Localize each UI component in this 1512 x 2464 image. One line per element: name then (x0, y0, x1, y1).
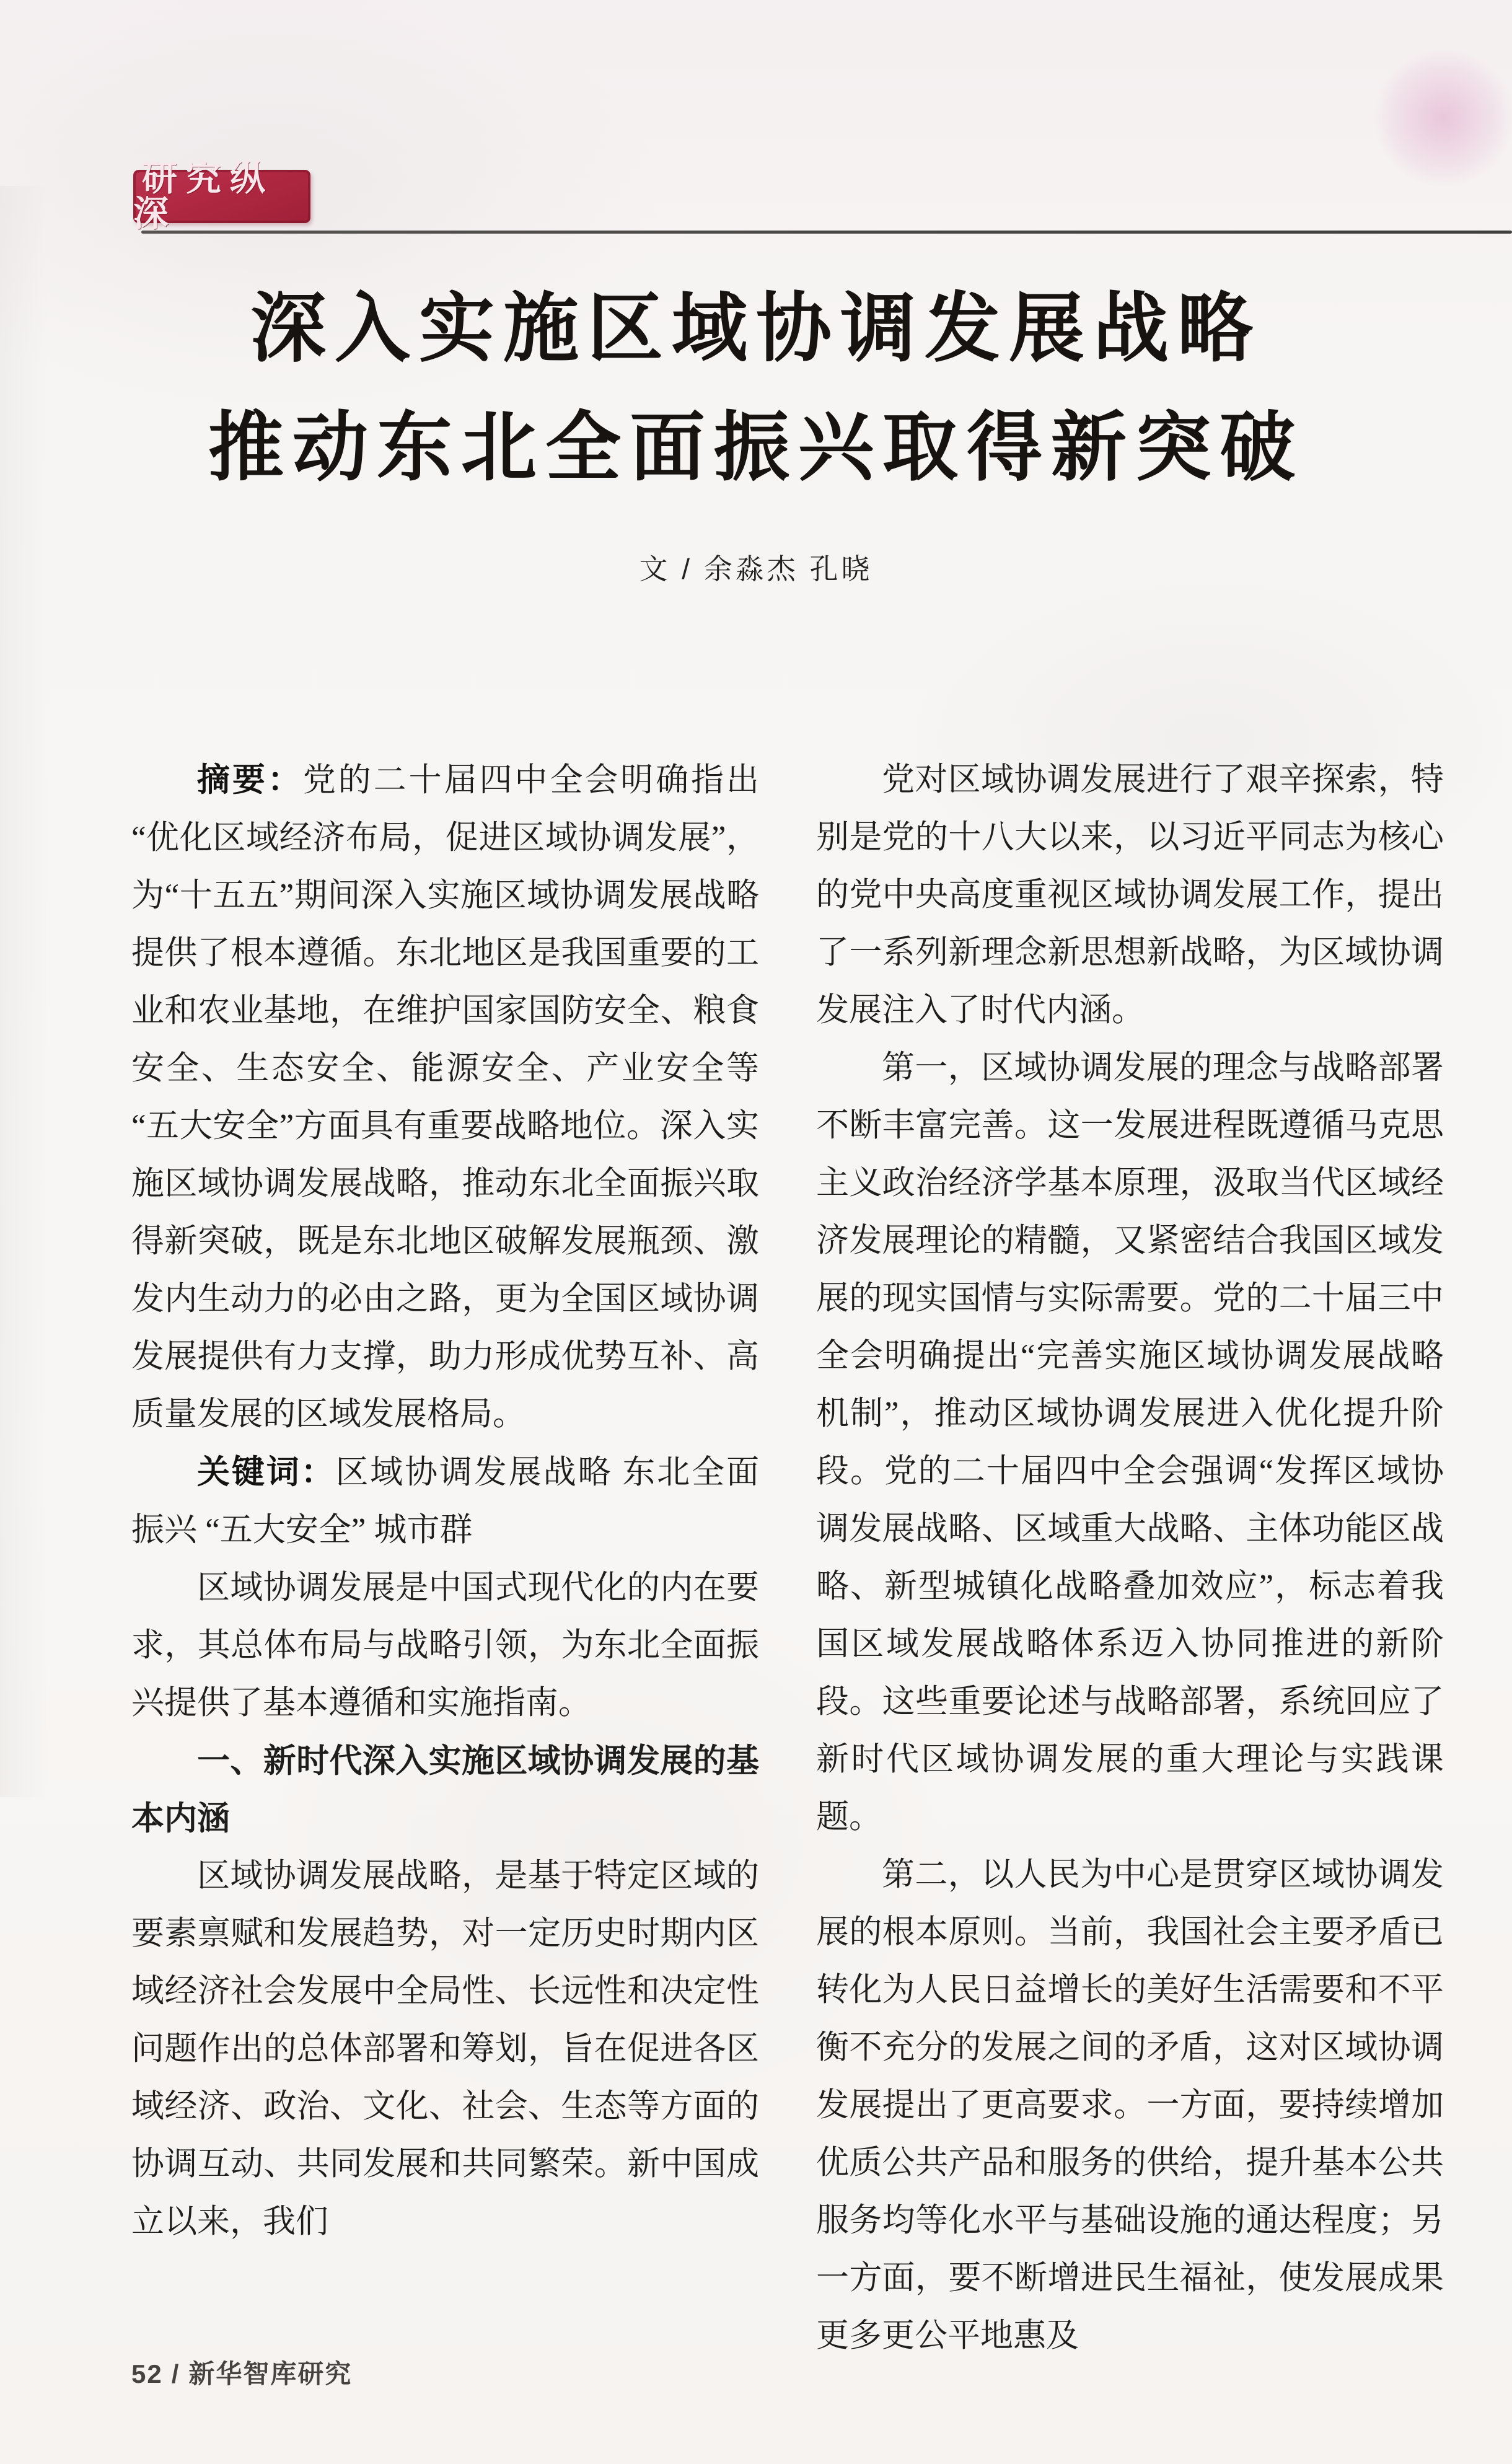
left-column: 摘要：党的二十届四中全会明确指出“优化区域经济布局，促进区域协调发展”，为“十五… (131, 751, 759, 2365)
article-title-line-1: 深入实施区域协调发展战略 (0, 270, 1512, 389)
byline: 文 / 余淼杰 孔晓 (0, 547, 1512, 587)
section-1-paragraph: 区域协调发展战略，是基于特定区域的要素禀赋和发展趋势，对一定历史时期内区域经济社… (131, 1847, 759, 2251)
page-number: 52 (131, 2359, 163, 2388)
keywords-paragraph: 关键词：区域协调发展战略 东北全面振兴 “五大安全” 城市群 (131, 1443, 759, 1559)
keywords-label: 关键词： (197, 1454, 335, 1490)
journal-name: 新华智库研究 (188, 2359, 352, 2388)
section-badge: 研究纵深 (133, 170, 310, 223)
scan-smudge-top-right (1351, 25, 1512, 211)
point-two-paragraph: 第二，以人民为中心是贯穿区域协调发展的根本原则。当前，我国社会主要矛盾已转化为人… (816, 1846, 1444, 2365)
article-title-line-2: 推动东北全面振兴取得新突破 (0, 389, 1512, 508)
article-body: 摘要：党的二十届四中全会明确指出“优化区域经济布局，促进区域协调发展”，为“十五… (131, 751, 1444, 2365)
intro-paragraph: 区域协调发展是中国式现代化的内在要求，其总体布局与战略引领，为东北全面振兴提供了… (131, 1559, 759, 1732)
magazine-page: 研究纵深 深入实施区域协调发展战略 推动东北全面振兴取得新突破 文 / 余淼杰 … (0, 0, 1512, 2464)
page-footer: 52/新华智库研究 (131, 2354, 352, 2391)
continuation-paragraph: 党对区域协调发展进行了艰辛探索，特别是党的十八大以来，以习近平同志为核心的党中央… (816, 751, 1444, 1039)
right-column: 党对区域协调发展进行了艰辛探索，特别是党的十八大以来，以习近平同志为核心的党中央… (816, 751, 1444, 2365)
abstract-label: 摘要： (197, 762, 303, 798)
abstract-paragraph: 摘要：党的二十届四中全会明确指出“优化区域经济布局，促进区域协调发展”，为“十五… (131, 751, 759, 1443)
header-rule (141, 231, 1512, 234)
article-title: 深入实施区域协调发展战略 推动东北全面振兴取得新突破 (0, 270, 1512, 508)
abstract-text: 党的二十届四中全会明确指出“优化区域经济布局，促进区域协调发展”，为“十五五”期… (131, 762, 759, 1432)
section-heading-1: 一、新时代深入实施区域协调发展的基本内涵 (131, 1732, 759, 1847)
point-one-paragraph: 第一，区域协调发展的理念与战略部署不断丰富完善。这一发展进程既遵循马克思主义政治… (816, 1039, 1444, 1846)
footer-separator: / (172, 2359, 180, 2388)
section-badge-label: 研究纵深 (133, 161, 310, 232)
